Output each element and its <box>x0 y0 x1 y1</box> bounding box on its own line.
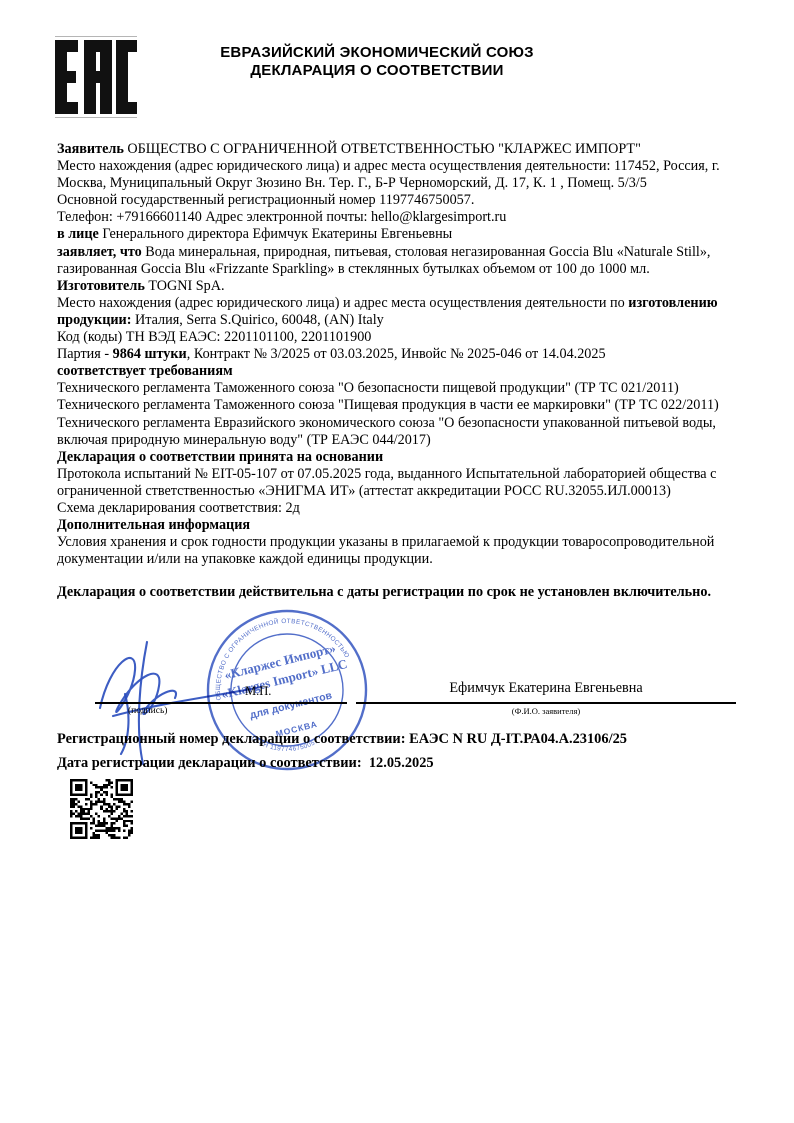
divider <box>55 36 137 37</box>
eac-mark-icon <box>55 40 137 114</box>
text-segment: Технического регламента Таможенного союз… <box>57 380 679 396</box>
paragraph: Партия - 9864 штуки, Контракт № 3/2025 о… <box>57 346 757 363</box>
eac-logo <box>55 33 137 121</box>
text-segment: Код (коды) ТН ВЭД ЕАЭС: 2201101100, 2201… <box>57 329 371 345</box>
registration-date-value: 12.05.2025 <box>369 755 434 771</box>
text-segment: Дополнительная информация <box>57 517 250 533</box>
text-segment: ОБЩЕСТВО С ОГРАНИЧЕННОЙ ОТВЕТСТВЕННОСТЬЮ… <box>127 141 641 157</box>
paragraph: Телефон: +79166601140 Адрес электронной … <box>57 209 757 226</box>
text-segment: Схема декларирования соответствия: 2д <box>57 500 300 516</box>
text-segment: Декларация о соответствии принята на осн… <box>57 449 383 465</box>
page-title: ЕВРАЗИЙСКИЙ ЭКОНОМИЧЕСКИЙ СОЮЗ ДЕКЛАРАЦИ… <box>140 44 614 79</box>
text-segment: Декларация о соответствии действительна … <box>57 584 711 600</box>
paragraph: Место нахождения (адрес юридического лиц… <box>57 158 757 192</box>
text-segment: соответствует требованиям <box>57 363 233 379</box>
declaration-page: ЕВРАЗИЙСКИЙ ЭКОНОМИЧЕСКИЙ СОЮЗ ДЕКЛАРАЦИ… <box>0 0 794 1123</box>
registration-number-value: ЕАЭС N RU Д-IT.РА04.А.23106/25 <box>409 731 627 747</box>
paragraph: Заявитель ОБЩЕСТВО С ОГРАНИЧЕННОЙ ОТВЕТС… <box>57 141 757 158</box>
text-segment: Вода минеральная, природная, питьевая, с… <box>57 244 714 277</box>
text-segment: Условия хранения и срок годности продукц… <box>57 534 718 567</box>
paragraph: Декларация о соответствии принята на осн… <box>57 449 757 466</box>
text-segment: Протокола испытаний № EIT-05-107 от 07.0… <box>57 466 720 499</box>
paragraph: Декларация о соответствии действительна … <box>57 584 757 601</box>
text-segment: , Контракт № 3/2025 от 03.03.2025, Инвой… <box>187 346 606 362</box>
applicant-name: Ефимчук Екатерина Евгеньевна <box>356 680 736 697</box>
text-segment: Технического регламента Евразийского эко… <box>57 415 720 448</box>
paragraph: в лице Генерального директора Ефимчук Ек… <box>57 226 757 243</box>
divider <box>55 117 137 118</box>
text-segment: Технического регламента Таможенного союз… <box>57 397 719 413</box>
text-segment: Партия - <box>57 346 113 362</box>
registration-number-line: Регистрационный номер декларации о соотв… <box>57 731 757 748</box>
paragraph: Протокола испытаний № EIT-05-107 от 07.0… <box>57 466 757 500</box>
registration-date-label: Дата регистрации декларации о соответств… <box>57 755 369 771</box>
paragraph: Код (коды) ТН ВЭД ЕАЭС: 2201101100, 2201… <box>57 329 757 346</box>
declaration-body: Заявитель ОБЩЕСТВО С ОГРАНИЧЕННОЙ ОТВЕТС… <box>57 141 757 601</box>
text-segment: в лице <box>57 226 102 242</box>
paragraph: Технического регламента Таможенного союз… <box>57 380 757 397</box>
paragraph: Изготовитель TOGNI SpA. <box>57 278 757 295</box>
text-segment: Генерального директора Ефимчук Екатерины… <box>102 226 452 242</box>
registration-block: Регистрационный номер декларации о соотв… <box>57 731 757 779</box>
paragraph: Место нахождения (адрес юридического лиц… <box>57 295 757 329</box>
paragraph: Условия хранения и срок годности продукц… <box>57 534 757 568</box>
title-line-1: ЕВРАЗИЙСКИЙ ЭКОНОМИЧЕСКИЙ СОЮЗ <box>140 44 614 62</box>
paragraph: соответствует требованиям <box>57 363 757 380</box>
text-segment: Италия, Serra S.Quirico, 60048, (AN) Ita… <box>131 312 383 328</box>
signature-line-right <box>356 702 736 704</box>
text-segment: 9864 штуки <box>113 346 187 362</box>
text-segment: Место нахождения (адрес юридического лиц… <box>57 295 628 311</box>
paragraph: Технического регламента Таможенного союз… <box>57 397 757 414</box>
paragraph: заявляет, что Вода минеральная, природна… <box>57 244 757 278</box>
text-segment: Телефон: +79166601140 Адрес электронной … <box>57 209 506 225</box>
text-segment: Изготовитель <box>57 278 148 294</box>
registration-number-label: Регистрационный номер декларации о соотв… <box>57 731 409 747</box>
applicant-name-caption: (Ф.И.О. заявителя) <box>356 706 736 716</box>
text-segment: Место нахождения (адрес юридического лиц… <box>57 158 723 191</box>
paragraph: Дополнительная информация <box>57 517 757 534</box>
title-line-2: ДЕКЛАРАЦИЯ О СООТВЕТСТВИИ <box>140 62 614 80</box>
registration-date-line: Дата регистрации декларации о соответств… <box>57 755 757 772</box>
qr-code <box>70 779 133 839</box>
text-segment: Заявитель <box>57 141 127 157</box>
paragraph: Основной государственный регистрационный… <box>57 192 757 209</box>
text-segment: TOGNI SpA. <box>148 278 224 294</box>
text-segment: Основной государственный регистрационный… <box>57 192 474 208</box>
paragraph: Схема декларирования соответствия: 2д <box>57 500 757 517</box>
text-segment: заявляет, что <box>57 244 145 260</box>
paragraph: Технического регламента Евразийского эко… <box>57 415 757 449</box>
